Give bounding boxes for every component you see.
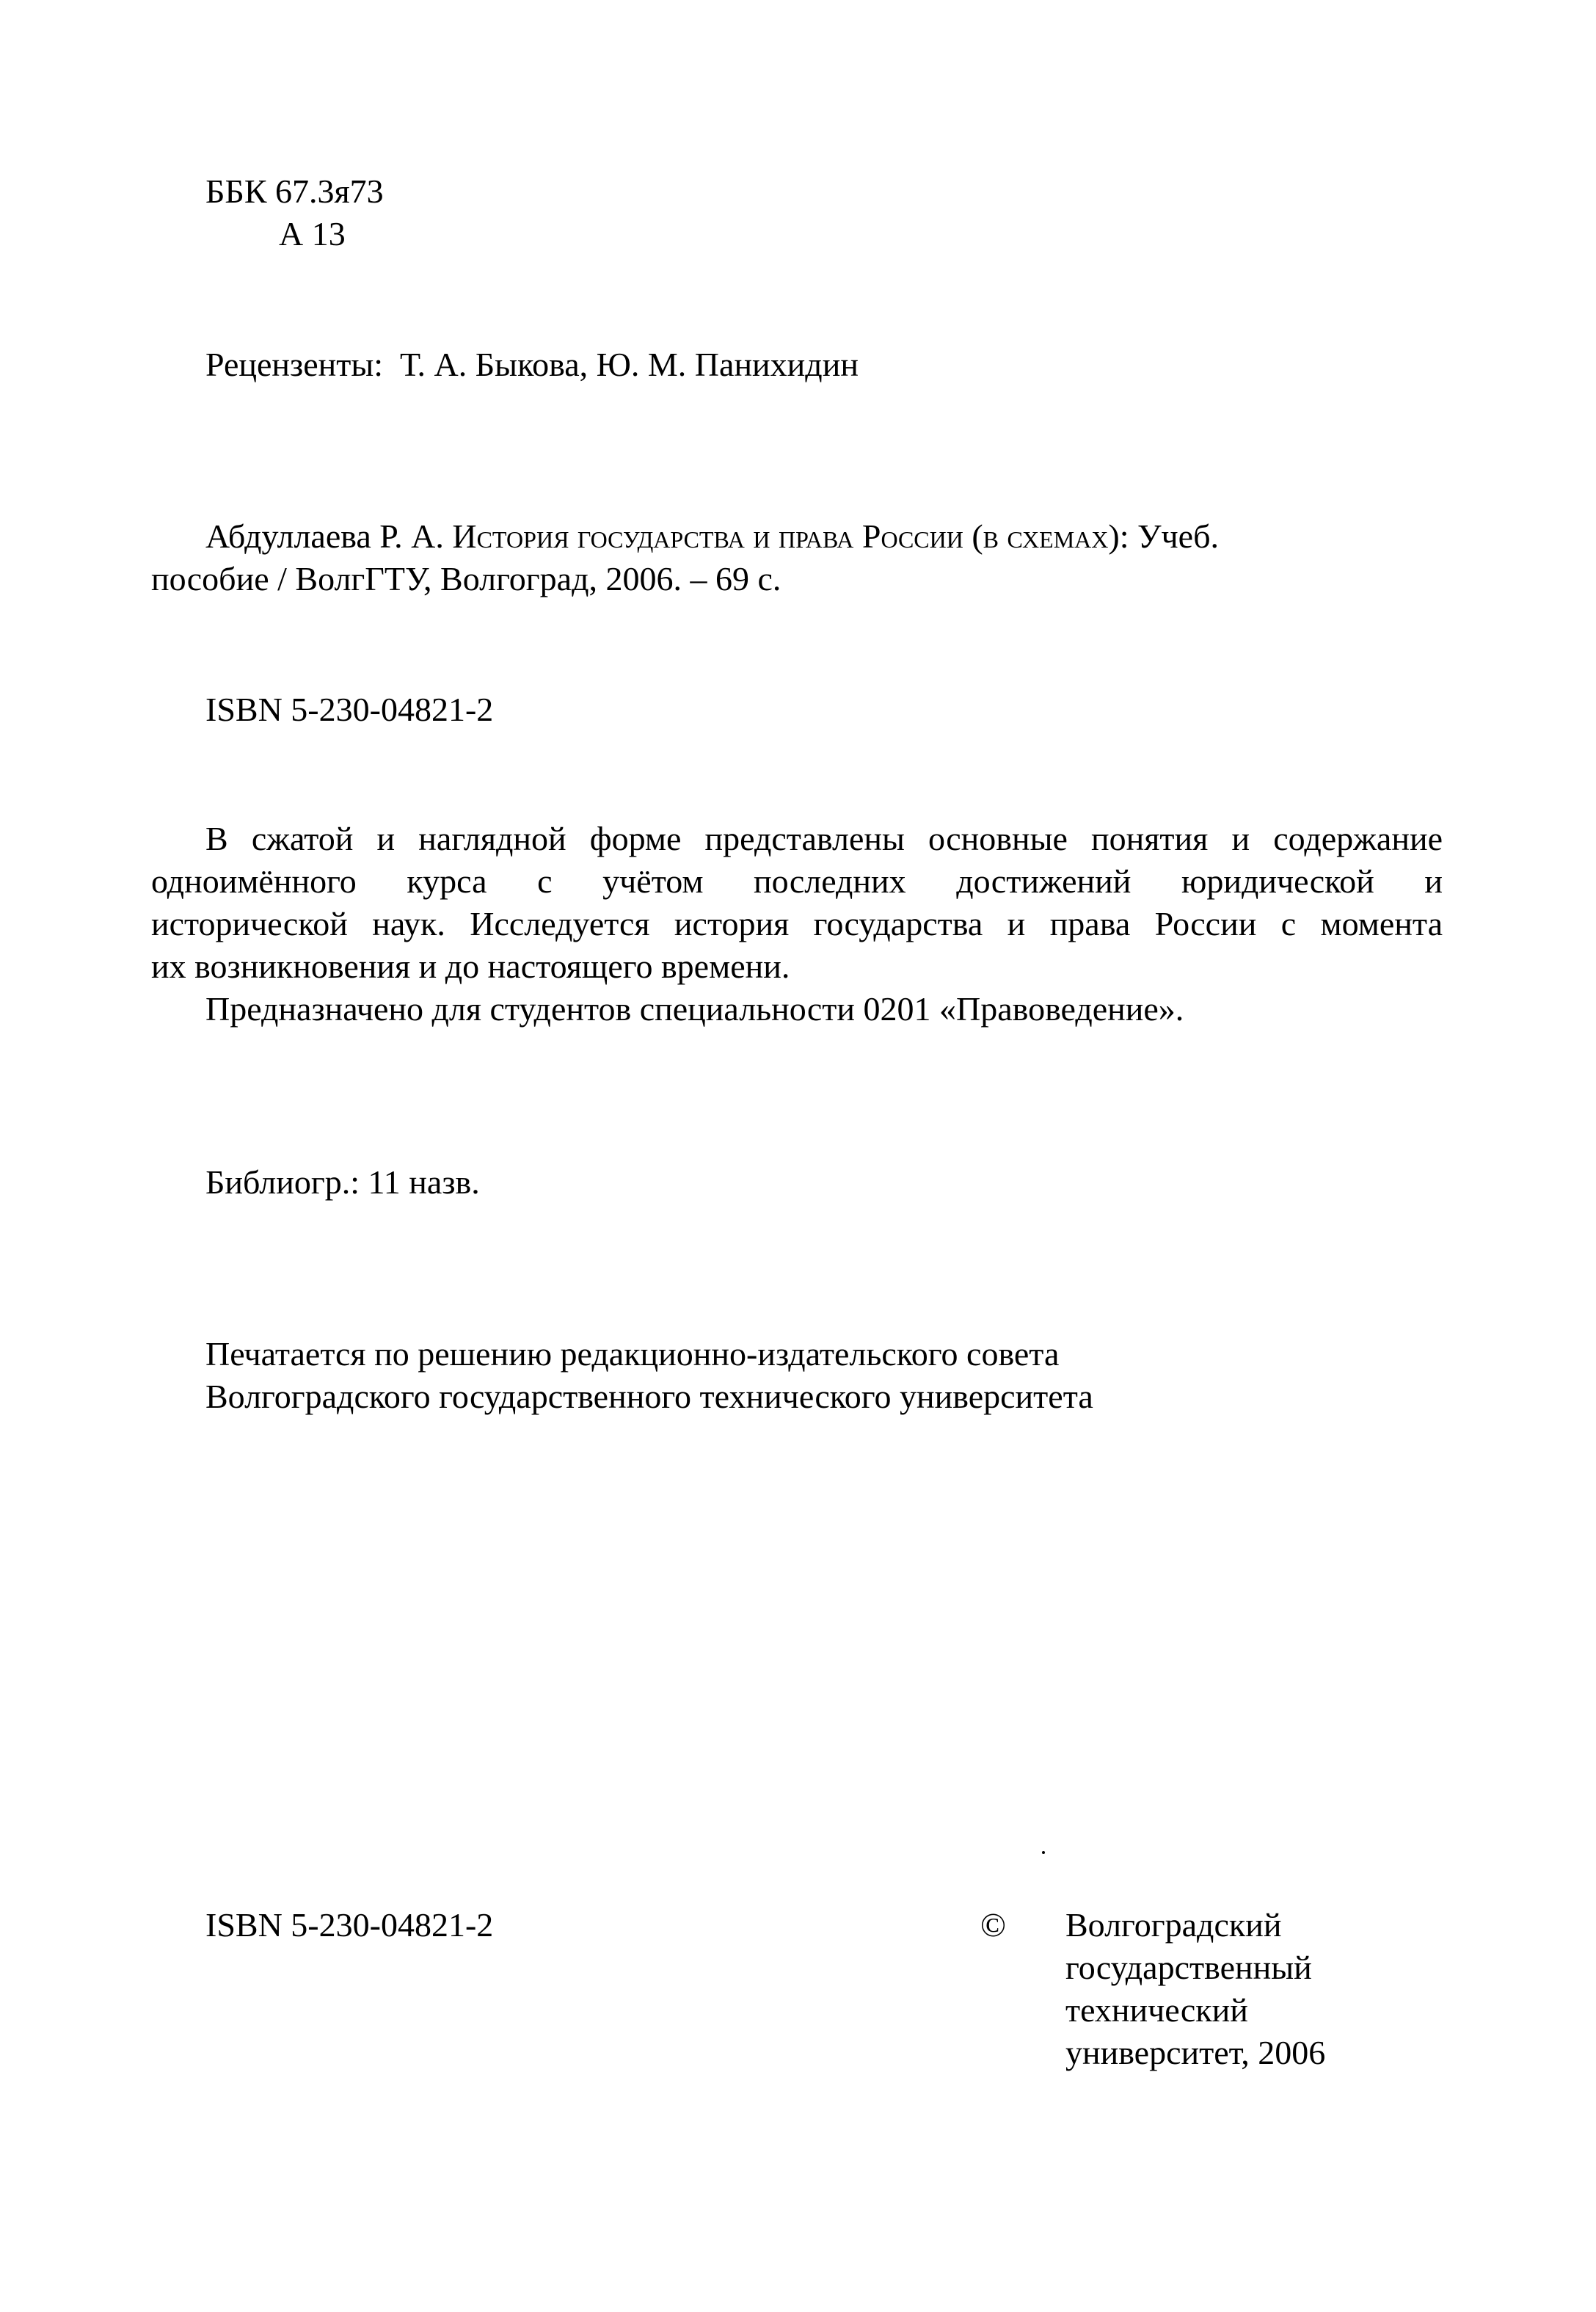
abstract-line-3: исторической наук. Исследуется история г… [151,903,1443,945]
copyright-icon: © [980,1904,1006,1946]
bibliography-count: Библиогр.: 11 назв. [205,1161,480,1204]
footer-isbn: ISBN 5-230-04821-2 [205,1904,493,1946]
bbk-code: ББК 67.3я73 [205,170,384,213]
publication-note-line-1: Печатается по решению редакционно-издате… [205,1333,1059,1375]
citation-title: История государства и права России (в сх… [452,517,1119,555]
copyright-holder-line-2: государственный [1065,1946,1312,1989]
abstract: В сжатой и наглядной форме представлены … [151,818,1443,1030]
reviewers-label: Рецензенты: [205,346,383,383]
isbn-top: ISBN 5-230-04821-2 [205,688,493,731]
abstract-audience: Предназначено для студентов специальност… [151,988,1443,1030]
abstract-line-2: одноимённого курса с учётом последних до… [151,860,1443,903]
copyright-holder-line-3: технический [1065,1989,1248,2032]
citation-author: Абдуллаева Р. А. [205,517,444,555]
stray-dot [1042,1851,1045,1854]
reviewers-names: Т. А. Быкова, Ю. М. Панихидин [400,346,859,383]
citation-line-1: Абдуллаева Р. А. История государства и п… [205,515,1219,558]
copyright-holder-line-4: университет, 2006 [1065,2032,1325,2074]
abstract-line-4: их возникновения и до настоящего времени… [151,945,1443,988]
author-mark: А 13 [279,213,346,255]
copyright-holder-line-1: Волгоградский [1065,1904,1281,1946]
citation-line1-tail: : Учеб. [1120,517,1219,555]
reviewers-line: Рецензенты: Т. А. Быкова, Ю. М. Панихиди… [205,343,859,386]
abstract-line-1: В сжатой и наглядной форме представлены … [151,818,1443,860]
publication-note-line-2: Волгоградского государственного техничес… [205,1375,1093,1418]
citation-line-2: пособие / ВолгГТУ, Волгоград, 2006. – 69… [151,558,781,600]
